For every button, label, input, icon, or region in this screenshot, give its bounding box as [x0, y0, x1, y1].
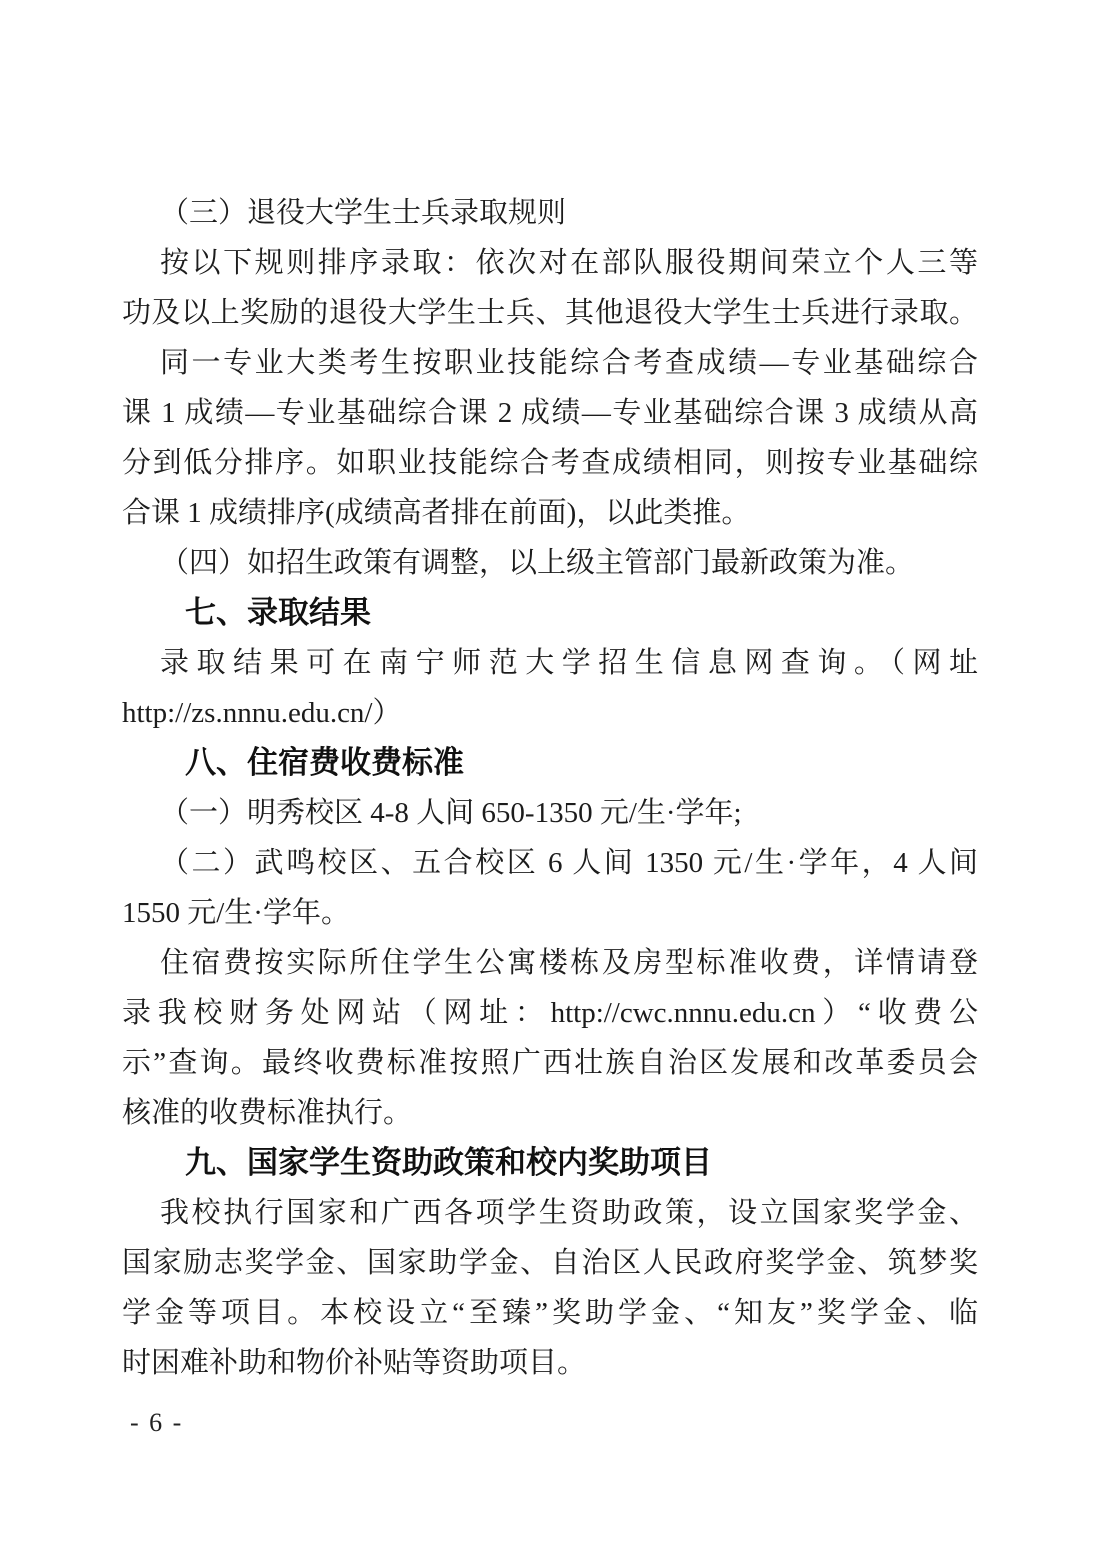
document-line: 1550 元/生·学年。 — [122, 888, 978, 938]
document-line: 合课 1 成绩排序(成绩高者排在前面)，以此类推。 — [122, 488, 978, 538]
document-line: 我校执行国家和广西各项学生资助政策，设立国家奖学金、 — [122, 1188, 978, 1238]
document-line: （三）退役大学生士兵录取规则 — [122, 188, 978, 238]
document-line-url: http://zs.nnnu.edu.cn/） — [122, 688, 978, 738]
section-heading-admission-results: 七、录取结果 — [122, 588, 978, 638]
page-number: - 6 - — [130, 1408, 183, 1438]
document-line: 国家励志奖学金、国家助学金、自治区人民政府奖学金、筑梦奖 — [122, 1238, 978, 1288]
document-line: 学金等项目。本校设立“至臻”奖助学金、“知友”奖学金、临 — [122, 1288, 978, 1338]
document-line: （二）武鸣校区、五合校区 6 人间 1350 元/生·学年，4 人间 — [122, 838, 978, 888]
document-line: 分到低分排序。如职业技能综合考查成绩相同，则按专业基础综 — [122, 438, 978, 488]
document-line: 示”查询。最终收费标准按照广西壮族自治区发展和改革委员会 — [122, 1038, 978, 1088]
document-line: 按以下规则排序录取：依次对在部队服役期间荣立个人三等 — [122, 238, 978, 288]
document-line: 核准的收费标准执行。 — [122, 1088, 978, 1138]
document-line: 时困难补助和物价补贴等资助项目。 — [122, 1338, 978, 1388]
document-page: （三）退役大学生士兵录取规则 按以下规则排序录取：依次对在部队服役期间荣立个人三… — [0, 0, 1102, 1559]
document-line: 功及以上奖励的退役大学生士兵、其他退役大学生士兵进行录取。 — [122, 288, 978, 338]
document-line: 住宿费按实际所住学生公寓楼栋及房型标准收费，详情请登 — [122, 938, 978, 988]
section-heading-accommodation-fees: 八、住宿费收费标准 — [122, 738, 978, 788]
document-body: （三）退役大学生士兵录取规则 按以下规则排序录取：依次对在部队服役期间荣立个人三… — [122, 188, 978, 1388]
document-line: 录取结果可在南宁师范大学招生信息网查询。（网址 — [122, 638, 978, 688]
section-heading-financial-aid: 九、国家学生资助政策和校内奖助项目 — [122, 1138, 978, 1188]
document-line: （四）如招生政策有调整，以上级主管部门最新政策为准。 — [122, 538, 978, 588]
document-line-url: 录我校财务处网站（网址：http://cwc.nnnu.edu.cn）“收费公 — [122, 988, 978, 1038]
document-line: 课 1 成绩—专业基础综合课 2 成绩—专业基础综合课 3 成绩从高 — [122, 388, 978, 438]
document-line: （一）明秀校区 4-8 人间 650-1350 元/生·学年; — [122, 788, 978, 838]
document-line: 同一专业大类考生按职业技能综合考查成绩—专业基础综合 — [122, 338, 978, 388]
